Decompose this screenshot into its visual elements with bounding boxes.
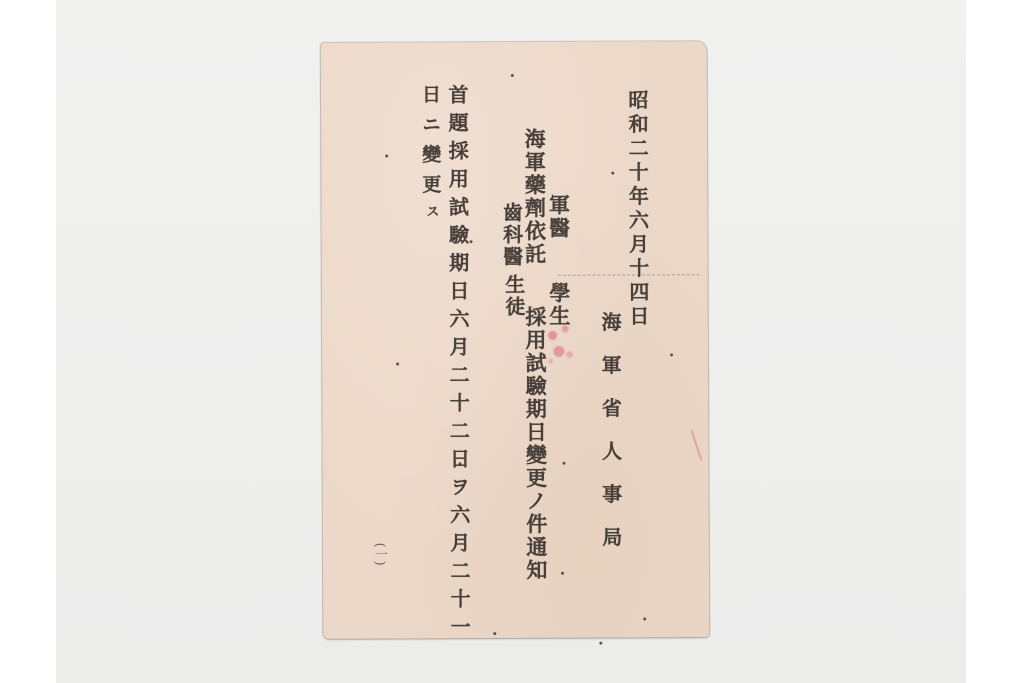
- subject-line-rest: 採用試驗期日變更ノ件通知: [520, 306, 551, 582]
- subject-line-shikai: 齒科醫: [497, 202, 526, 268]
- subject-main-line: 海軍藥劑依託採用試驗期日變更ノ件通知: [519, 128, 551, 582]
- postcard: 昭和二十年六月十四日 海軍省人事局 軍醫 學生 海軍藥劑依託採用試驗期日變更ノ件…: [321, 41, 710, 639]
- ink-speck: [459, 462, 462, 465]
- body-line-2-kana: ス: [423, 204, 438, 228]
- ink-speck: [493, 632, 496, 635]
- red-scratch-mark: [691, 430, 703, 461]
- ink-speck: [643, 617, 646, 620]
- body-line-2-text: 日ニ變更: [419, 84, 442, 204]
- sender: 海軍省人事局: [596, 312, 626, 570]
- ink-speck: [385, 155, 388, 158]
- ink-speck: [511, 74, 514, 77]
- ink-speck: [599, 642, 602, 645]
- ink-speck: [561, 572, 564, 575]
- ink-speck: [611, 172, 614, 175]
- issue-date: 昭和二十年六月十四日: [623, 89, 653, 329]
- ink-speck: [670, 353, 673, 356]
- body-line-2: 日ニ變更ス: [417, 84, 445, 228]
- ink-speck: [396, 363, 399, 366]
- ink-speck: [563, 462, 566, 465]
- body-line-1: 首題採用試驗期日六月二十二日ヲ六月二十一: [443, 84, 474, 644]
- ink-speck: [470, 240, 473, 243]
- page-number-mark: (一): [363, 543, 389, 591]
- subject-seito: 生徒: [500, 274, 529, 318]
